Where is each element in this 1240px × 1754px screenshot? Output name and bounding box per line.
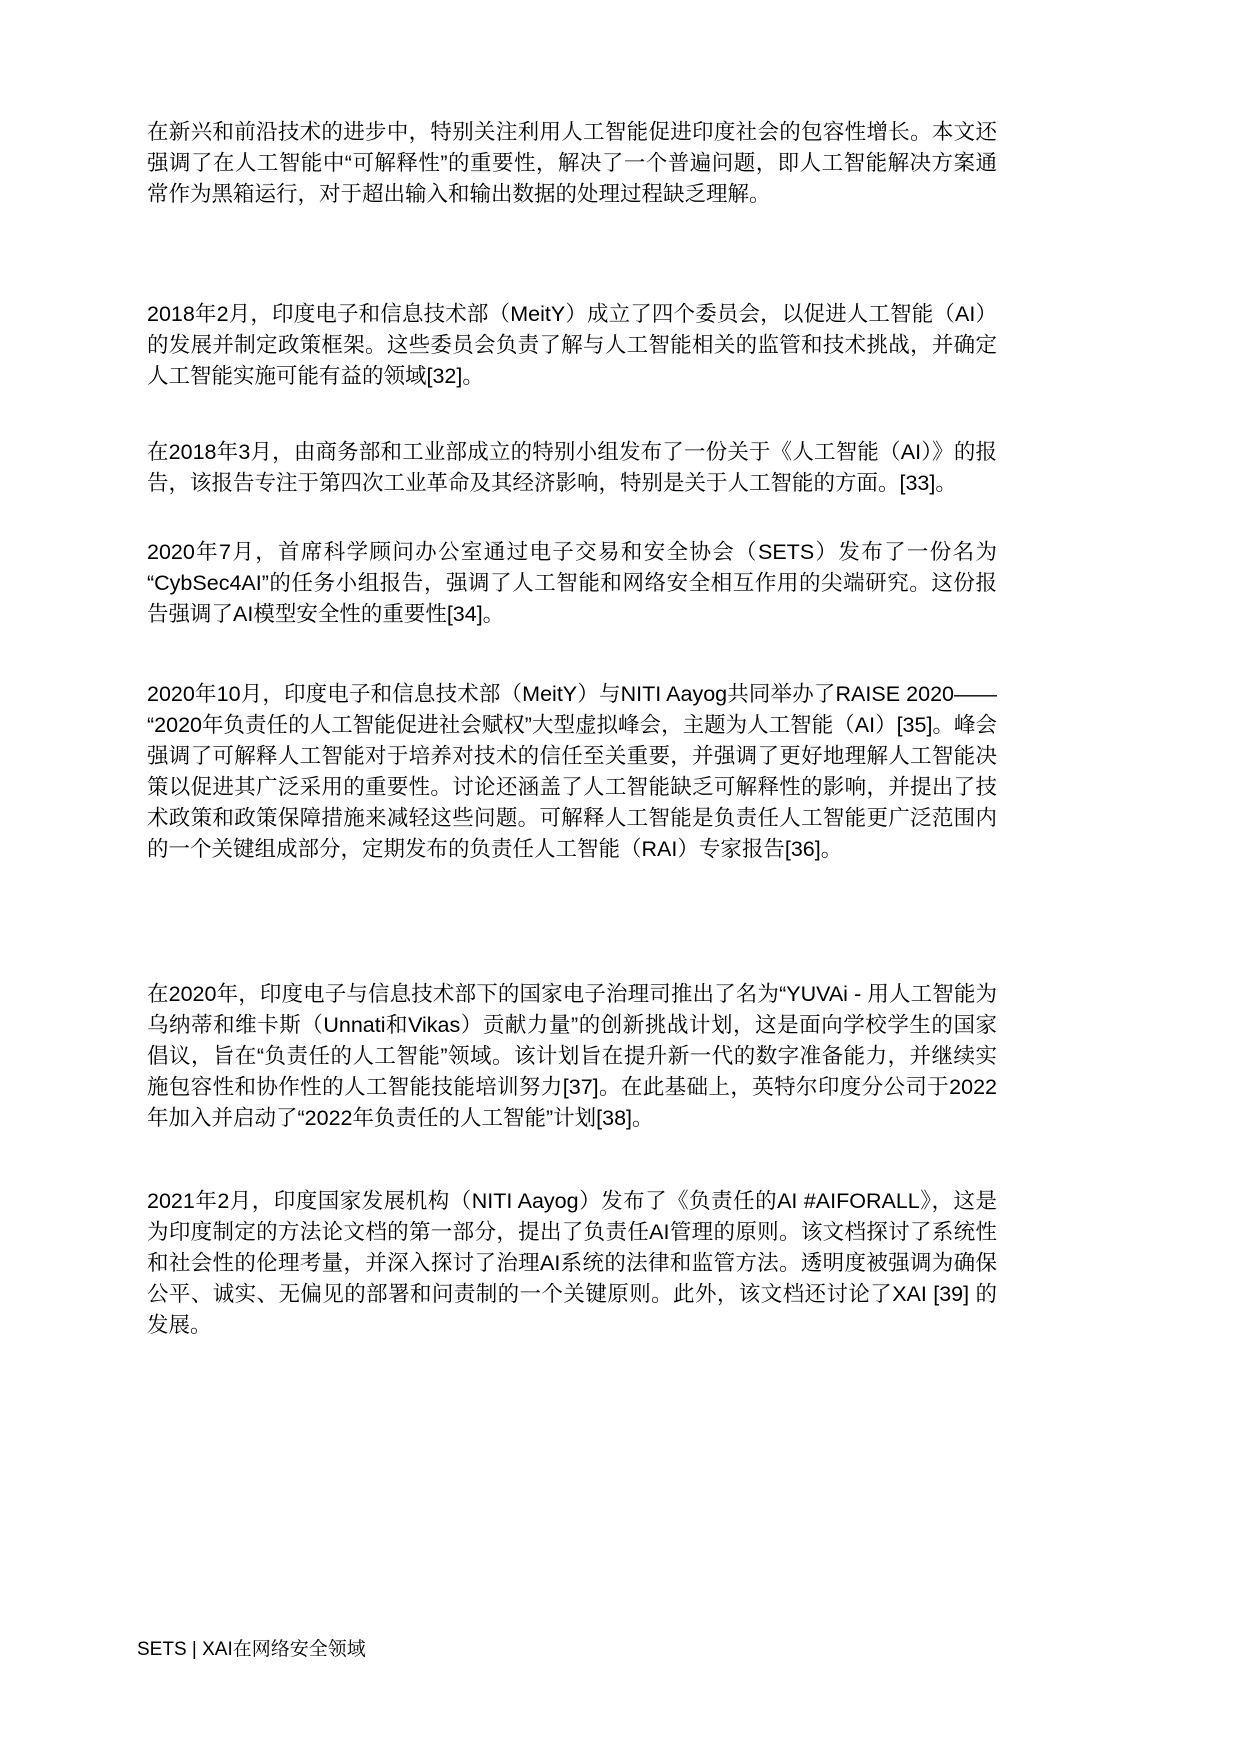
paragraph-2020-yuvai-program: 在2020年，印度电子与信息技术部下的国家电子治理司推出了名为“YUVAi - … [147, 979, 997, 1134]
paragraph-intro-inclusive-growth: 在新兴和前沿技术的进步中，特别关注利用人工智能促进印度社会的包容性增长。本文还强… [147, 117, 997, 210]
page-footer-text: SETS | XAI在网络安全领域 [137, 1638, 366, 1662]
paragraph-2021-feb-niti-aayog-responsible-ai: 2021年2月，印度国家发展机构（NITI Aayog）发布了《负责任的AI #… [147, 1186, 997, 1341]
paragraph-2018-mar-task-force-report: 在2018年3月，由商务部和工业部成立的特别小组发布了一份关于《人工智能（AI）… [147, 437, 997, 499]
paragraph-2020-oct-raise-summit: 2020年10月，印度电子和信息技术部（MeitY）与NITI Aayog共同举… [147, 679, 997, 865]
paragraph-2018-feb-meity-committees: 2018年2月，印度电子和信息技术部（MeitY）成立了四个委员会，以促进人工智… [147, 299, 997, 392]
paragraph-2020-jul-cybsec4ai-report: 2020年7月，首席科学顾问办公室通过电子交易和安全协会（SETS）发布了一份名… [147, 537, 997, 630]
document-page: 在新兴和前沿技术的进步中，特别关注利用人工智能促进印度社会的包容性增长。本文还强… [0, 0, 1240, 1754]
